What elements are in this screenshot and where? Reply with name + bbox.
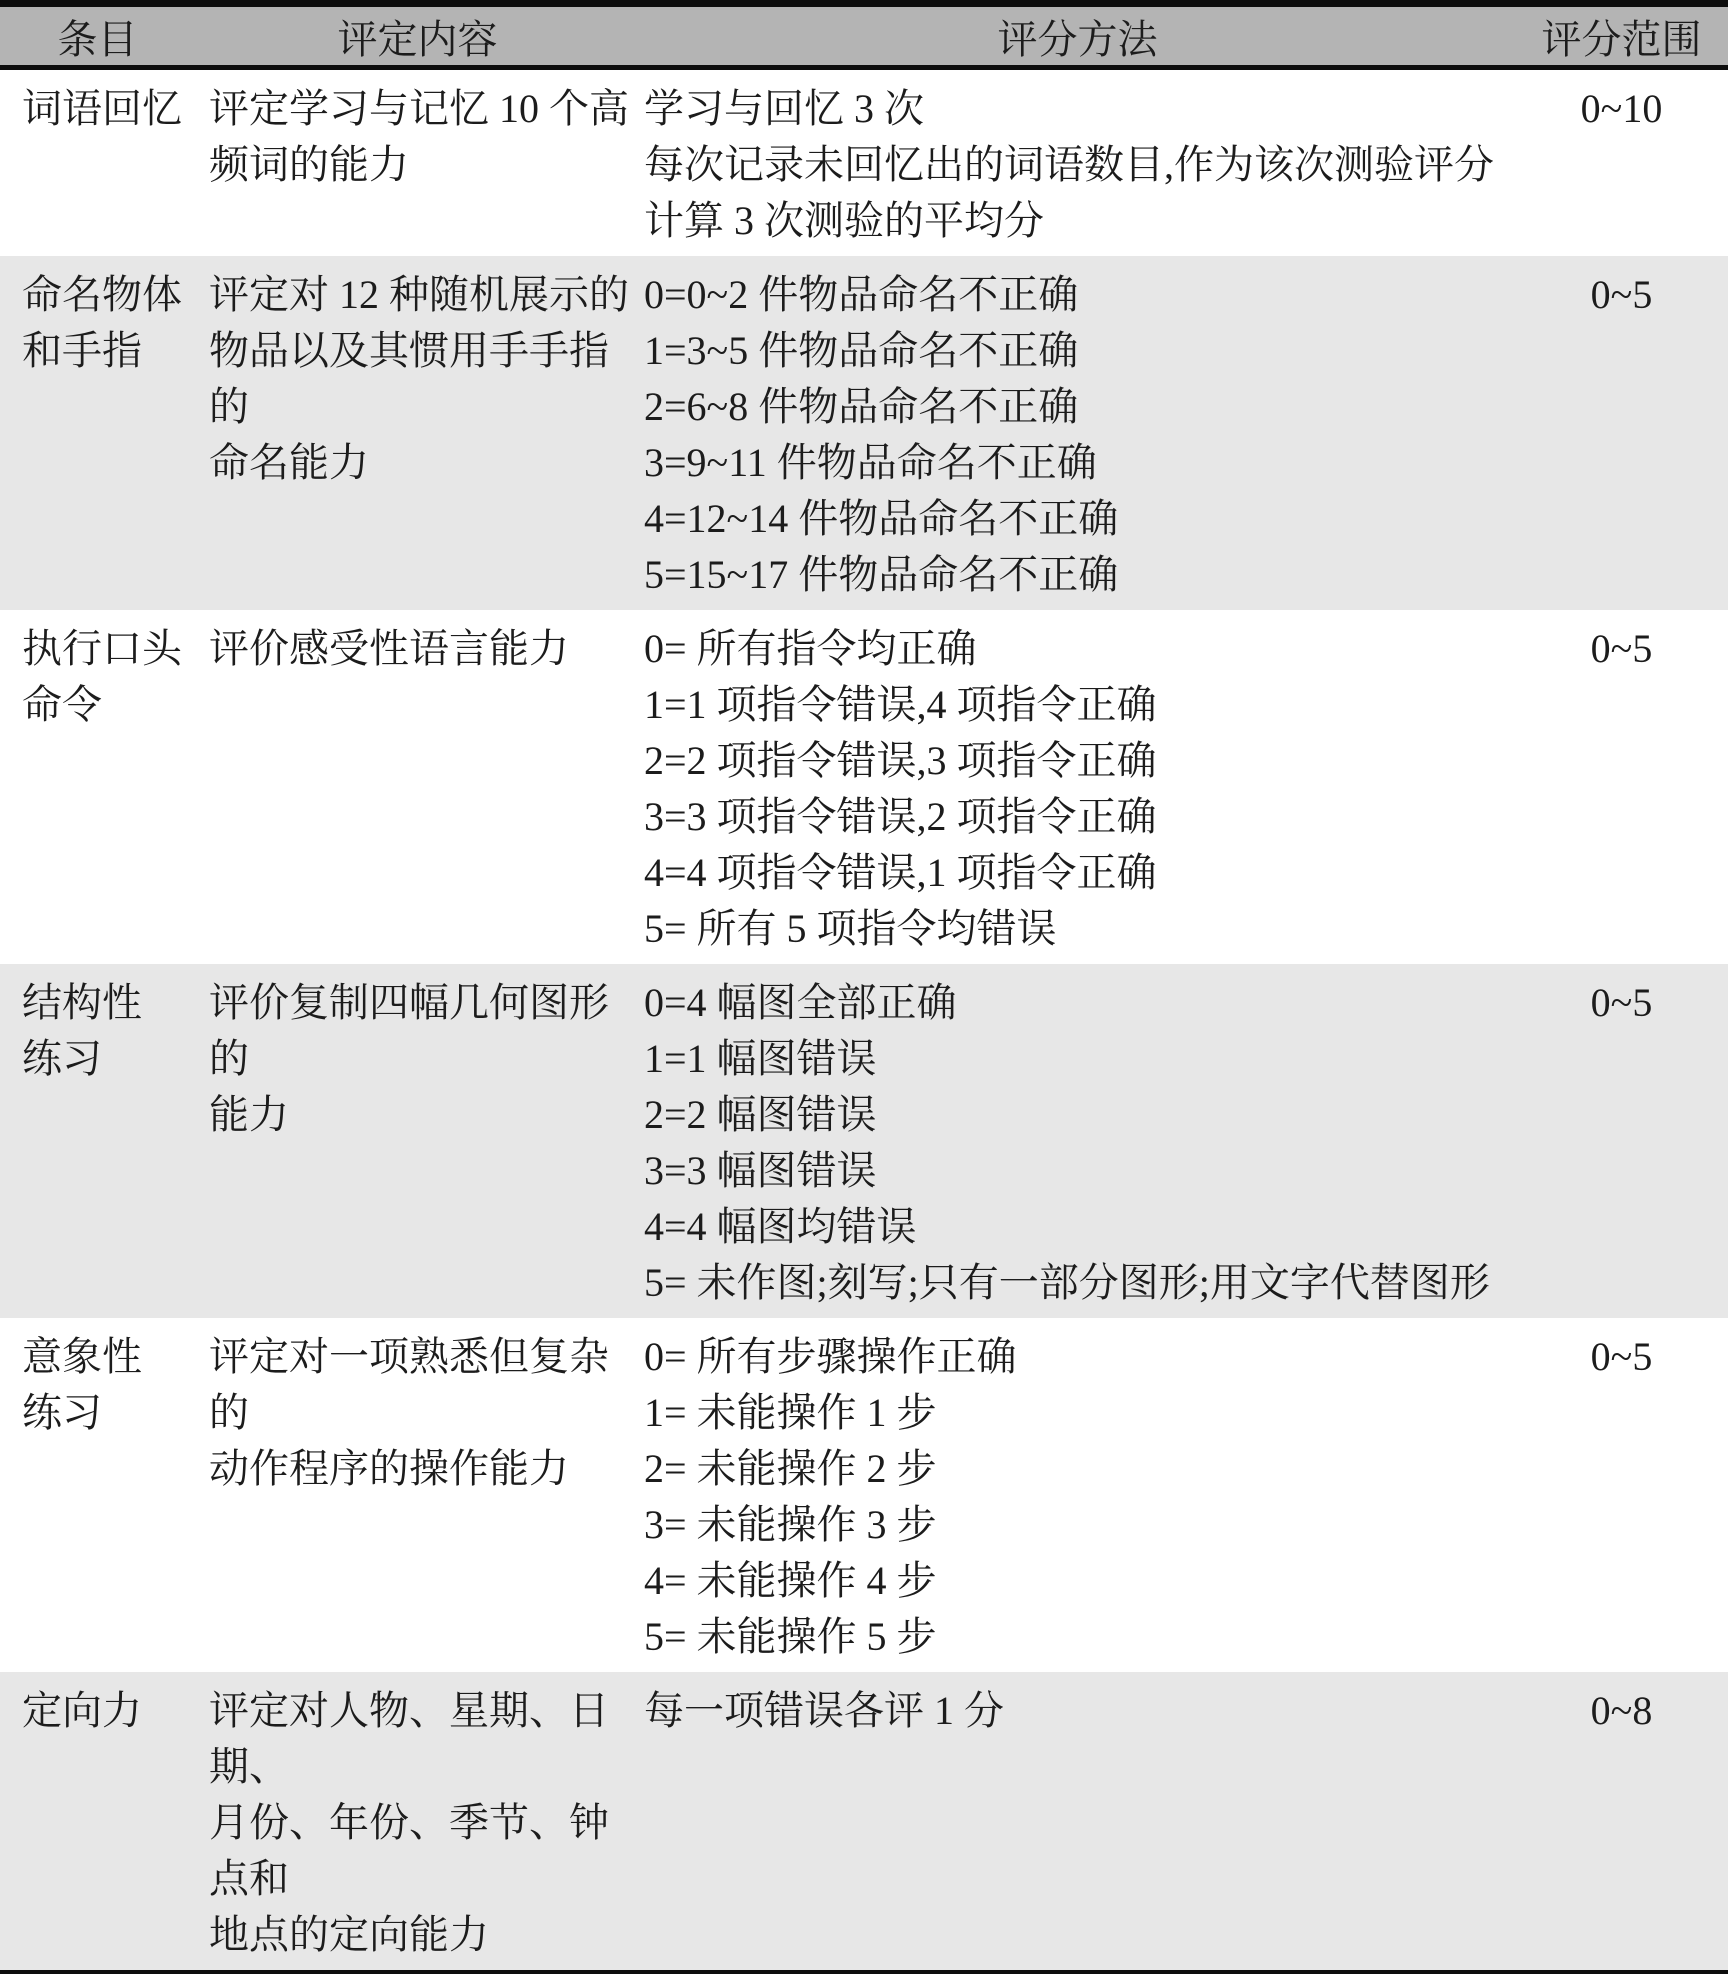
range-cell: 0~5: [1515, 1318, 1728, 1672]
method-cell: 0= 所有步骤操作正确 1= 未能操作 1 步 2= 未能操作 2 步 3= 未…: [640, 1318, 1515, 1672]
table-row-commands: 执行口头 命令 评价感受性语言能力 0= 所有指令均正确 1=1 项指令错误,4…: [0, 610, 1728, 964]
method-cell: 0=4 幅图全部正确 1=1 幅图错误 2=2 幅图错误 3=3 幅图错误 4=…: [640, 964, 1515, 1318]
table-row-constructional: 结构性 练习 评价复制四幅几何图形的 能力 0=4 幅图全部正确 1=1 幅图错…: [0, 964, 1728, 1318]
range-cell: 0~5: [1515, 964, 1728, 1318]
content-cell: 评定对一项熟悉但复杂的 动作程序的操作能力: [195, 1318, 640, 1672]
content-cell: 评定对人物、星期、日期、 月份、年份、季节、钟点和 地点的定向能力: [195, 1672, 640, 1970]
table-row-orientation: 定向力 评定对人物、星期、日期、 月份、年份、季节、钟点和 地点的定向能力 每一…: [0, 1672, 1728, 1970]
range-cell: 0~5: [1515, 256, 1728, 610]
range-cell: 0~8: [1515, 1672, 1728, 1970]
table-row-ideational: 意象性 练习 评定对一项熟悉但复杂的 动作程序的操作能力 0= 所有步骤操作正确…: [0, 1318, 1728, 1672]
column-header-method: 评分方法: [640, 7, 1515, 68]
table-header-row: 条目 评定内容 评分方法 评分范围: [0, 7, 1728, 68]
table-row-naming: 命名物体 和手指 评定对 12 种随机展示的 物品以及其惯用手手指的 命名能力 …: [0, 256, 1728, 610]
content-cell: 评定学习与记忆 10 个高 频词的能力: [195, 68, 640, 257]
item-cell: 意象性 练习: [0, 1318, 195, 1672]
content-cell: 评价复制四幅几何图形的 能力: [195, 964, 640, 1318]
method-cell: 学习与回忆 3 次 每次记录未回忆出的词语数目,作为该次测验评分 计算 3 次测…: [640, 68, 1515, 257]
method-cell: 0= 所有指令均正确 1=1 项指令错误,4 项指令正确 2=2 项指令错误,3…: [640, 610, 1515, 964]
item-cell: 词语回忆: [0, 68, 195, 257]
table-row-word-recall: 词语回忆 评定学习与记忆 10 个高 频词的能力 学习与回忆 3 次 每次记录未…: [0, 68, 1728, 257]
scoring-table-frame: 条目 评定内容 评分方法 评分范围 词语回忆 评定学习与记忆 10 个高 频词的…: [0, 0, 1728, 1974]
assessment-scoring-table: 条目 评定内容 评分方法 评分范围 词语回忆 评定学习与记忆 10 个高 频词的…: [0, 7, 1728, 1970]
column-header-item: 条目: [0, 7, 195, 68]
item-cell: 结构性 练习: [0, 964, 195, 1318]
column-header-range: 评分范围: [1515, 7, 1728, 68]
method-cell: 每一项错误各评 1 分: [640, 1672, 1515, 1970]
item-cell: 定向力: [0, 1672, 195, 1970]
column-header-content: 评定内容: [195, 7, 640, 68]
item-cell: 执行口头 命令: [0, 610, 195, 964]
content-cell: 评定对 12 种随机展示的 物品以及其惯用手手指的 命名能力: [195, 256, 640, 610]
range-cell: 0~10: [1515, 68, 1728, 257]
item-cell: 命名物体 和手指: [0, 256, 195, 610]
method-cell: 0=0~2 件物品命名不正确 1=3~5 件物品命名不正确 2=6~8 件物品命…: [640, 256, 1515, 610]
range-cell: 0~5: [1515, 610, 1728, 964]
content-cell: 评价感受性语言能力: [195, 610, 640, 964]
